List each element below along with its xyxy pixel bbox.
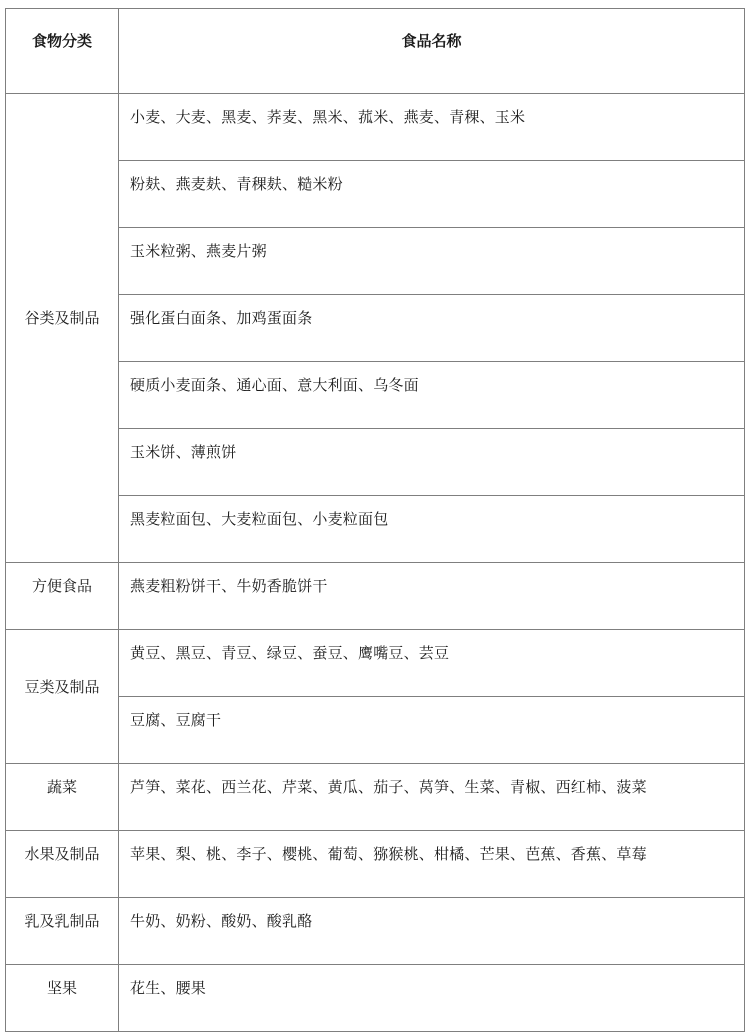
food-items-cell: 强化蛋白面条、加鸡蛋面条	[119, 295, 745, 362]
food-classification-table: 食物分类 食品名称 谷类及制品小麦、大麦、黑麦、荞麦、黑米、菰米、燕麦、青稞、玉…	[5, 8, 745, 1032]
food-table-body: 谷类及制品小麦、大麦、黑麦、荞麦、黑米、菰米、燕麦、青稞、玉米粉麸、燕麦麸、青稞…	[6, 94, 745, 1032]
food-items-cell: 花生、腰果	[119, 965, 745, 1032]
food-items-cell: 芦笋、菜花、西兰花、芹菜、黄瓜、茄子、莴笋、生菜、青椒、西红柿、菠菜	[119, 764, 745, 831]
food-items-cell: 玉米饼、薄煎饼	[119, 429, 745, 496]
food-items-cell: 豆腐、豆腐干	[119, 697, 745, 764]
food-items-cell: 黑麦粒面包、大麦粒面包、小麦粒面包	[119, 496, 745, 563]
category-cell: 豆类及制品	[6, 630, 119, 764]
food-items-cell: 硬质小麦面条、通心面、意大利面、乌冬面	[119, 362, 745, 429]
category-cell: 乳及乳制品	[6, 898, 119, 965]
table-row: 坚果花生、腰果	[6, 965, 745, 1032]
header-food-name: 食品名称	[119, 9, 745, 94]
category-cell: 水果及制品	[6, 831, 119, 898]
food-items-cell: 小麦、大麦、黑麦、荞麦、黑米、菰米、燕麦、青稞、玉米	[119, 94, 745, 161]
header-row: 食物分类 食品名称	[6, 9, 745, 94]
food-items-cell: 黄豆、黑豆、青豆、绿豆、蚕豆、鹰嘴豆、芸豆	[119, 630, 745, 697]
table-row: 方便食品燕麦粗粉饼干、牛奶香脆饼干	[6, 563, 745, 630]
table-row: 水果及制品苹果、梨、桃、李子、樱桃、葡萄、猕猴桃、柑橘、芒果、芭蕉、香蕉、草莓	[6, 831, 745, 898]
table-row: 蔬菜芦笋、菜花、西兰花、芹菜、黄瓜、茄子、莴笋、生菜、青椒、西红柿、菠菜	[6, 764, 745, 831]
category-cell: 蔬菜	[6, 764, 119, 831]
food-items-cell: 苹果、梨、桃、李子、樱桃、葡萄、猕猴桃、柑橘、芒果、芭蕉、香蕉、草莓	[119, 831, 745, 898]
food-items-cell: 牛奶、奶粉、酸奶、酸乳酪	[119, 898, 745, 965]
food-items-cell: 玉米粒粥、燕麦片粥	[119, 228, 745, 295]
food-items-cell: 粉麸、燕麦麸、青稞麸、糙米粉	[119, 161, 745, 228]
header-food-category: 食物分类	[6, 9, 119, 94]
table-row: 豆类及制品黄豆、黑豆、青豆、绿豆、蚕豆、鹰嘴豆、芸豆	[6, 630, 745, 697]
category-cell: 坚果	[6, 965, 119, 1032]
food-items-cell: 燕麦粗粉饼干、牛奶香脆饼干	[119, 563, 745, 630]
category-cell: 谷类及制品	[6, 94, 119, 563]
table-row: 乳及乳制品牛奶、奶粉、酸奶、酸乳酪	[6, 898, 745, 965]
table-row: 谷类及制品小麦、大麦、黑麦、荞麦、黑米、菰米、燕麦、青稞、玉米	[6, 94, 745, 161]
category-cell: 方便食品	[6, 563, 119, 630]
